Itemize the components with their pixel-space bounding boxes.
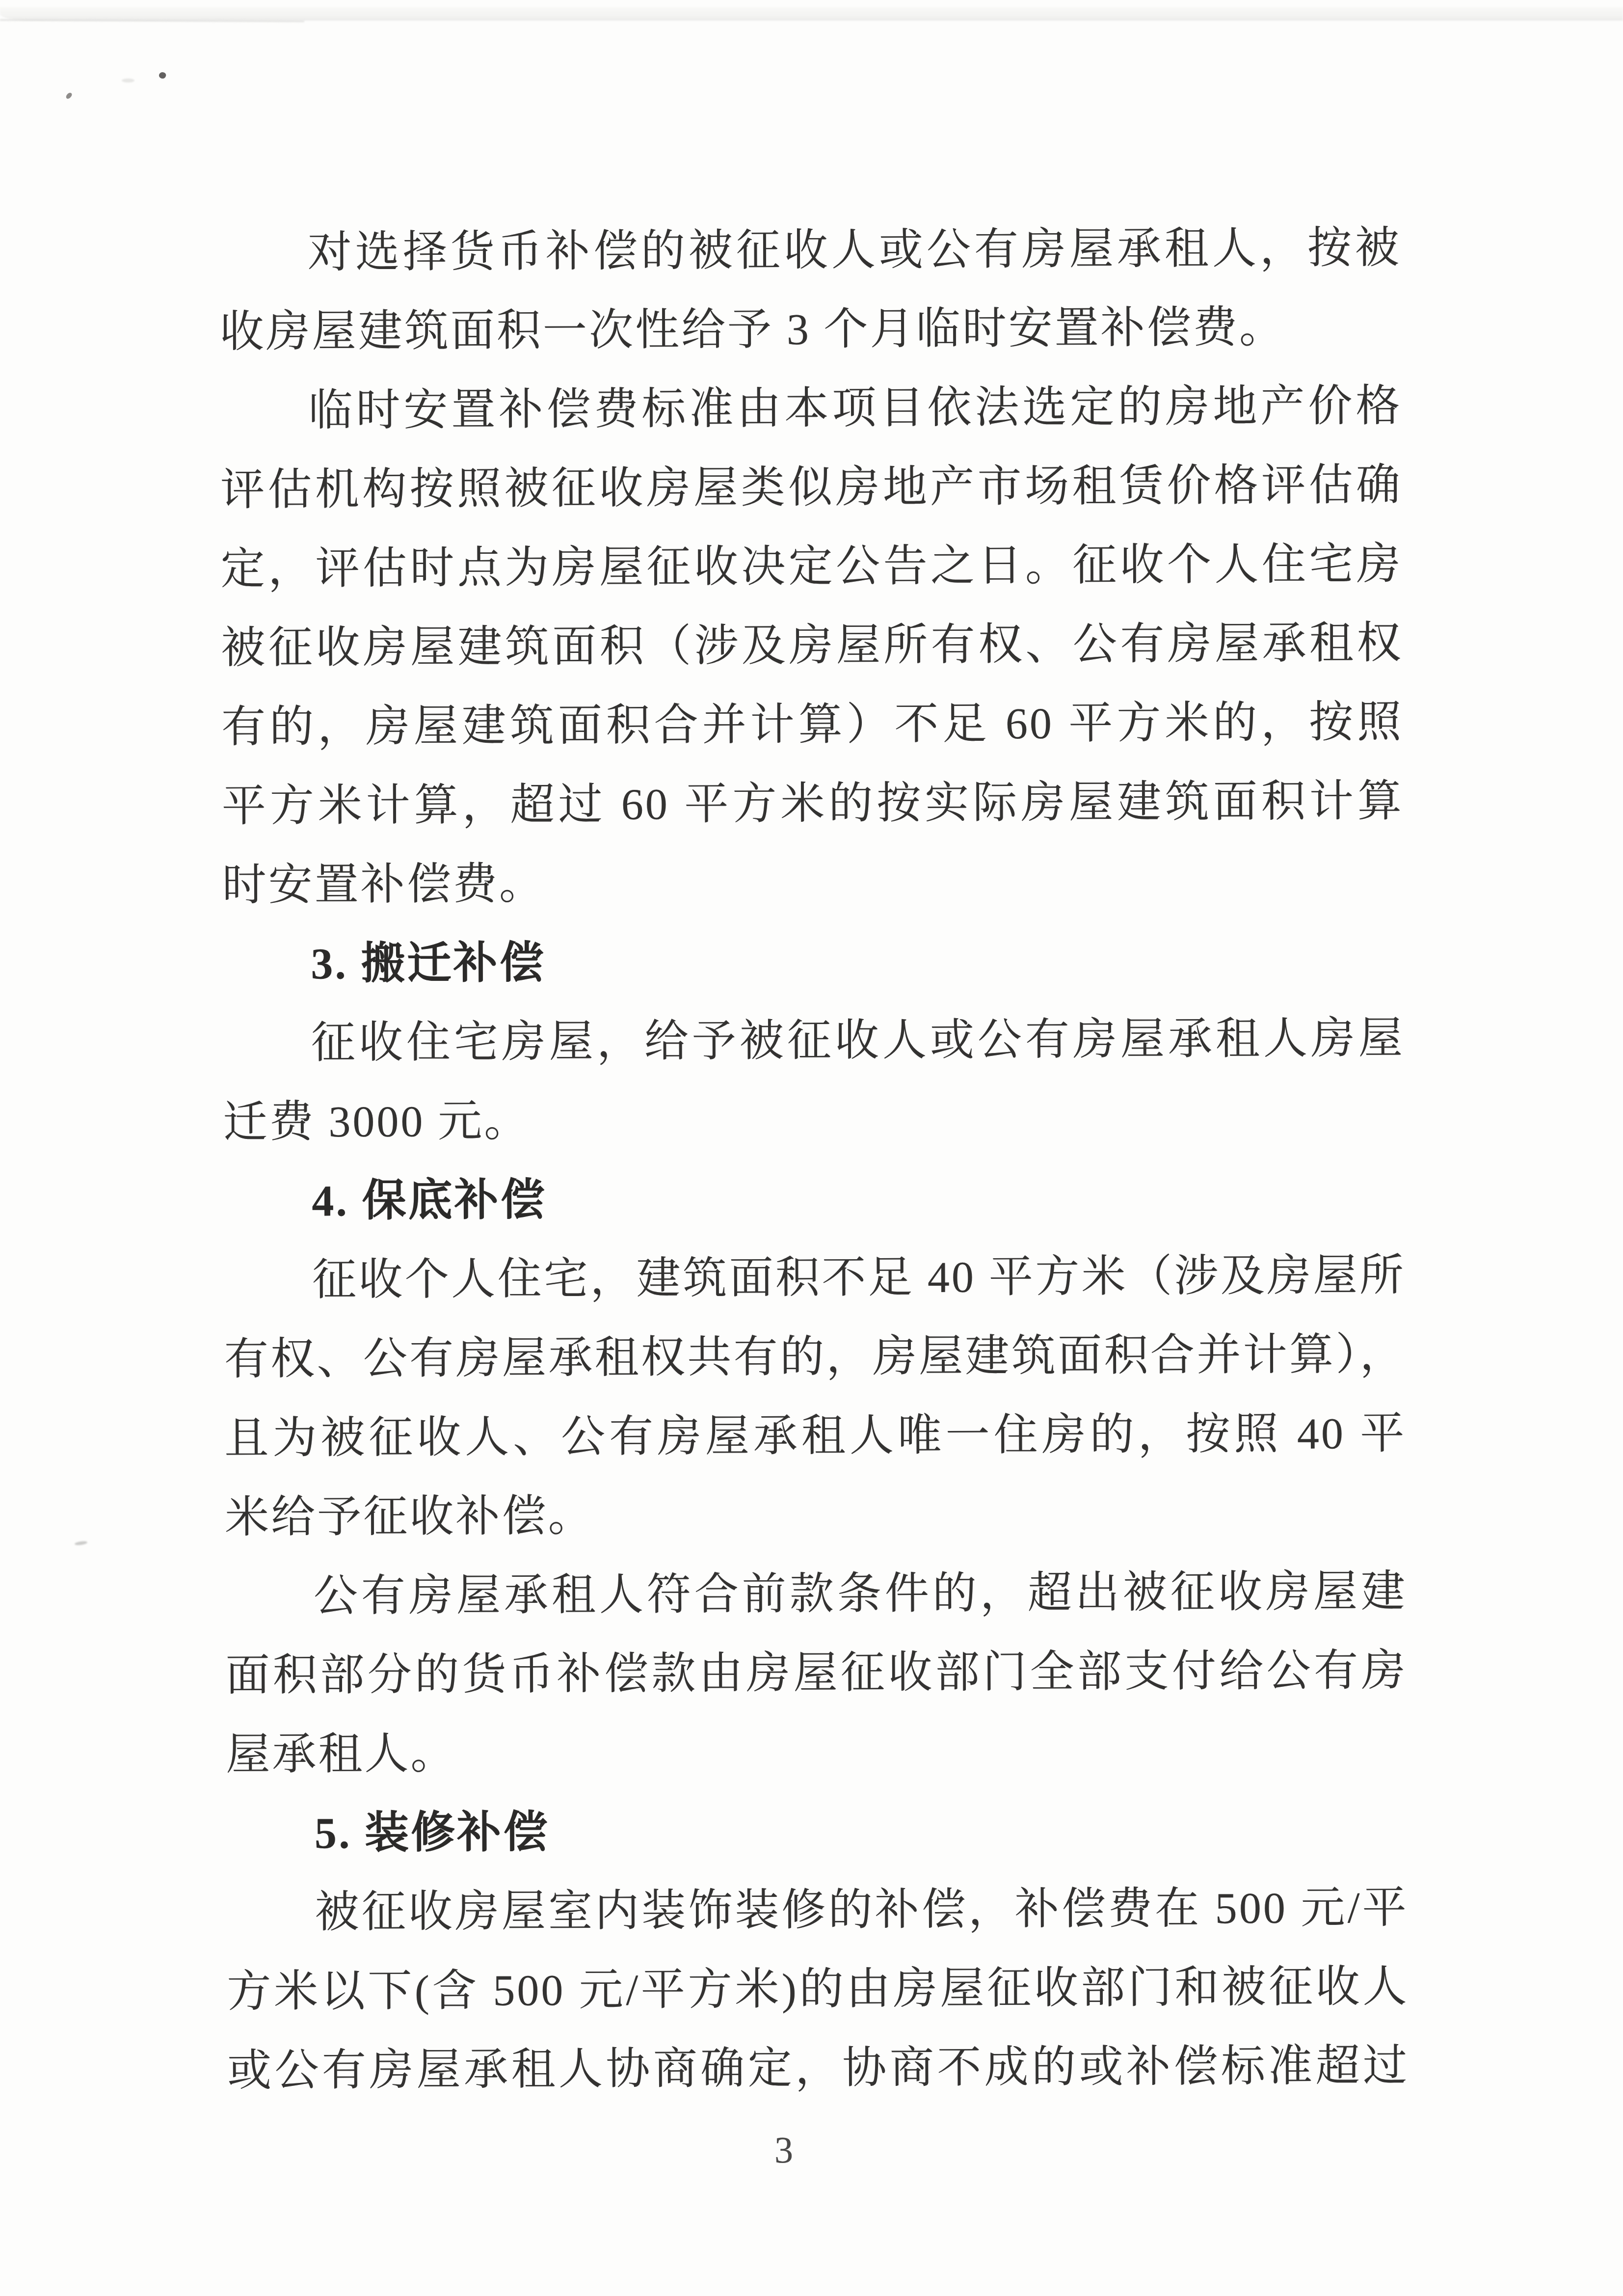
text-line: 征收住宅房屋，给予被征收人或公有房屋承租人房屋搬: [223, 999, 1405, 1083]
scan-smudge: [75, 1540, 88, 1546]
text-line: 定，评估时点为房屋征收决定公告之日。征收个人住宅房屋，: [220, 525, 1403, 609]
section-heading-renovation: 5. 装修补偿: [226, 1789, 1409, 1874]
text-line: 征收个人住宅，建筑面积不足 40 平方米（涉及房屋所: [224, 1236, 1406, 1321]
text-line: 有的，房屋建筑面积合并计算）不足 60 平方米的，按照 60: [221, 683, 1404, 767]
text-line: 有权、公有房屋承租权共有的，房屋建筑面积合并计算），: [224, 1315, 1406, 1400]
text-line: 屋承租人。: [226, 1710, 1408, 1795]
page-number: 3: [774, 2127, 793, 2174]
scan-speck: [158, 71, 166, 80]
text-line: 或公有房屋承租人协商确定，协商不成的或补偿标准超过: [227, 2026, 1410, 2111]
document-page: 对选择货币补偿的被征收人或公有房屋承租人，按被征 收房屋建筑面积一次性给予 3 …: [0, 0, 1623, 2296]
text-line: 方米以下(含 500 元/平方米)的由房屋征收部门和被征收人: [227, 1947, 1409, 2032]
text-line: 面积部分的货币补偿款由房屋征收部门全部支付给公有房: [225, 1631, 1408, 1716]
section-heading-relocation: 3. 搬迁补偿: [222, 920, 1405, 1004]
text-line: 米给予征收补偿。: [225, 1473, 1407, 1558]
text-line: 平方米计算，超过 60 平方米的按实际房屋建筑面积计算临: [221, 762, 1404, 846]
text-line: 收房屋建筑面积一次性给予 3 个月临时安置补偿费。: [219, 288, 1402, 372]
text-line: 且为被征收人、公有房屋承租人唯一住房的，按照 40 平方: [224, 1394, 1407, 1479]
text-line: 迁费 3000 元。: [223, 1078, 1405, 1162]
text-line: 公有房屋承租人符合前款条件的，超出被征收房屋建筑: [225, 1552, 1408, 1637]
scan-smudge: [122, 79, 134, 82]
section-heading-minimum: 4. 保底补偿: [223, 1157, 1406, 1242]
scan-edge-artifact: [0, 7, 1623, 21]
text-line: 对选择货币补偿的被征收人或公有房屋承租人，按被征: [219, 209, 1402, 293]
document-body: 对选择货币补偿的被征收人或公有房屋承租人，按被征 收房屋建筑面积一次性给予 3 …: [219, 209, 1410, 2110]
text-line: 评估机构按照被征收房屋类似房地产市场租赁价格评估确: [220, 446, 1403, 530]
text-line: 被征收房屋建筑面积（涉及房屋所有权、公有房屋承租权共: [221, 604, 1403, 688]
text-line: 被征收房屋室内装饰装修的补偿，补偿费在 500 元/平: [226, 1868, 1409, 1953]
scan-speck: [65, 92, 73, 100]
text-line: 临时安置补偿费标准由本项目依法选定的房地产价格: [220, 367, 1402, 451]
text-line: 时安置补偿费。: [222, 841, 1404, 925]
